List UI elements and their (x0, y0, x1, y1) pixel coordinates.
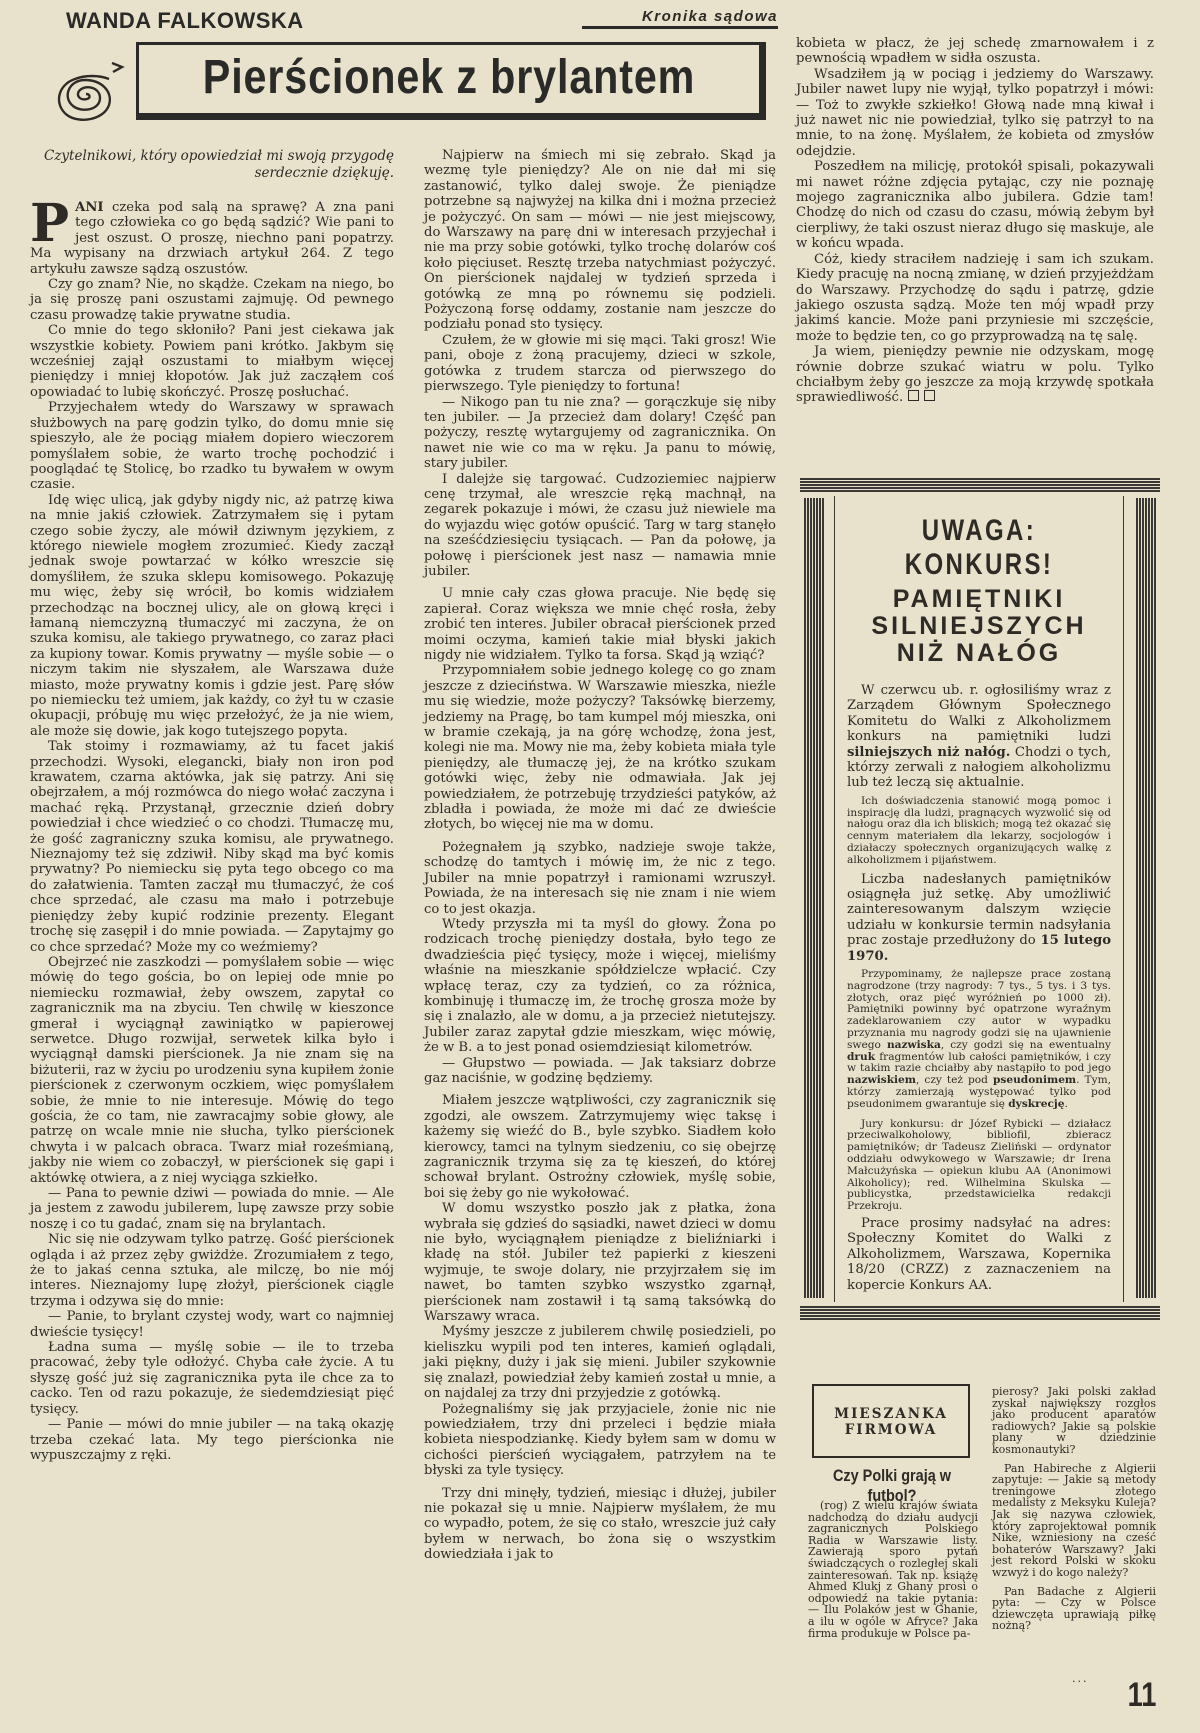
article-paragraph: Wtedy przyszła mi ta myśl do głowy. Żona… (424, 917, 776, 1056)
section-label: Kronika sądowa (582, 8, 778, 29)
article-paragraph: Najpierw na śmiech mi się zebrało. Skąd … (424, 148, 776, 333)
article-paragraph: — Panie, to brylant czystej wody, wart c… (30, 1309, 394, 1340)
article-paragraph: I dalejże się targować. Cudzoziemiec naj… (424, 472, 776, 580)
article-column-3: kobieta w płacz, że jej schedę zmarnował… (796, 36, 1154, 406)
news-paragraph: Pan Habireche z Algierii zapytuje: — Jak… (992, 1463, 1156, 1579)
article-paragraph: W domu wszystko poszło jak z płatka, żon… (424, 1201, 776, 1324)
dedication: Czytelnikowi, który opowiedział mi swoją… (30, 148, 394, 182)
decorative-border-right (1136, 498, 1156, 1298)
article-paragraph: — Głupstwo — powiada. — Jak taksiarz dob… (424, 1056, 776, 1087)
article-paragraph: Czułem, że w głowie mi się mąci. Taki gr… (424, 333, 776, 395)
spiral-arrow-icon (36, 60, 136, 130)
contest-announcement-box: UWAGA: KONKURS! PAMIĘTNIKI SILNIEJSZYCH … (800, 478, 1160, 1320)
article-paragraph: PANI czeka pod salą na sprawę? A zna pan… (30, 200, 394, 277)
article-paragraph: Ja wiem, pieniędzy pewnie nie odzyskam, … (796, 344, 1154, 406)
news-column-2: pierosy? Jaki polski zakład zyskał najwi… (992, 1386, 1156, 1632)
article-paragraph: Nic się nie odzywam tylko patrzę. Gość p… (30, 1232, 394, 1309)
news-column-1: (rog) Z wielu krajów świata nadchodzą do… (808, 1500, 978, 1639)
article-column-1: Czytelnikowi, który opowiedział mi swoją… (30, 148, 394, 1463)
page-number: 11 (1128, 1676, 1157, 1715)
contest-paragraph: W czerwcu ub. r. ogłosiliśmy wraz z Zarz… (847, 683, 1111, 791)
article-paragraph: Idę więc ulicą, jak gdyby nigdy nic, aż … (30, 493, 394, 740)
article-paragraph: — Panie — mówi do mnie jubiler — na taką… (30, 1417, 394, 1463)
news-paragraph: pierosy? Jaki polski zakład zyskał najwi… (992, 1386, 1156, 1456)
article-paragraph: Co mnie do tego skłoniło? Pani jest ciek… (30, 323, 394, 400)
article-paragraph: Obejrzeć nie zaszkodzi — pomyślałem sobi… (30, 955, 394, 1186)
column-label-box: MIESZANKA FIRMOWA (812, 1384, 970, 1458)
article-title: Pierścionek z brylantem (182, 45, 715, 111)
contest-headline: UWAGA: KONKURS! (873, 514, 1084, 582)
news-paragraph: (rog) Z wielu krajów świata nadchodzą do… (808, 1500, 978, 1639)
title-frame: Pierścionek z brylantem (136, 42, 766, 120)
article-paragraph: Cóż, kiedy straciłem nadzieję i sam ich … (796, 252, 1154, 344)
article-paragraph: — Nikogo pan tu nie zna? — gorączkuje si… (424, 395, 776, 472)
contest-paragraph: Liczba nadesłanych pamiętników osiągnęła… (847, 872, 1111, 964)
decorative-border-top (800, 478, 1160, 492)
contest-content: UWAGA: KONKURS! PAMIĘTNIKI SILNIEJSZYCH … (834, 496, 1124, 1302)
article-paragraph: Przypomniałem sobie jednego kolegę co go… (424, 663, 776, 832)
end-of-article-squares-icon (924, 390, 935, 401)
decorative-border-left (804, 498, 824, 1298)
end-of-article-squares-icon (908, 390, 919, 401)
news-paragraph: Pan Badache z Algierii pyta: — Czy w Pol… (992, 1586, 1156, 1632)
decorative-border-bottom (800, 1306, 1160, 1320)
article-paragraph: Tak stoimy i rozmawiamy, aż tu facet jak… (30, 739, 394, 955)
article-paragraph: Ładna suma — myślę sobie — ile to trzeba… (30, 1340, 394, 1417)
contest-rules-paragraph: Przypominamy, że najlepsze prace zostaną… (847, 969, 1111, 1111)
contest-subhead-line: PAMIĘTNIKI (847, 586, 1111, 613)
article-paragraph: — Pana to pewnie dziwi — powiada do mnie… (30, 1186, 394, 1232)
contest-subhead-line: SILNIEJSZYCH (847, 613, 1111, 640)
contest-address-paragraph: Prace prosimy nadsyłać na adres: Społecz… (847, 1216, 1111, 1293)
article-paragraph: U mnie cały czas głowa pracuje. Nie będę… (424, 586, 776, 663)
author-byline: WANDA FALKOWSKA (66, 8, 304, 34)
drop-cap: P (30, 204, 69, 244)
article-paragraph: Miałem jeszcze wątpliwości, czy zagranic… (424, 1093, 776, 1201)
article-paragraph: Pożegnałem ją szybko, nadzieje swoje tak… (424, 840, 776, 917)
ellipsis-mark: ... (1072, 1672, 1089, 1685)
article-paragraph: Myśmy jeszcze z jubilerem chwilę posiedz… (424, 1324, 776, 1401)
contest-paragraph: Ich doświadczenia stanowić mogą pomoc i … (847, 796, 1111, 867)
article-paragraph: Przyjechałem wtedy do Warszawy w sprawac… (30, 400, 394, 492)
article-paragraph: Poszedłem na milicję, protokół spisali, … (796, 159, 1154, 251)
contest-subhead-line: NIŻ NAŁÓG (847, 640, 1111, 667)
article-paragraph: kobieta w płacz, że jej schedę zmarnował… (796, 36, 1154, 67)
contest-jury-paragraph: Jury konkursu: dr Józef Rybicki — działa… (847, 1119, 1111, 1213)
article-paragraph: Pożegnaliśmy się jak przyjaciele, żonie … (424, 1402, 776, 1479)
article-paragraph: Trzy dni minęły, tydzień, miesiąc i dłuż… (424, 1486, 776, 1563)
article-column-2: Najpierw na śmiech mi się zebrało. Skąd … (424, 148, 776, 1563)
article-paragraph: Wsadziłem ją w pociąg i jedziemy do Wars… (796, 67, 1154, 159)
article-paragraph: Czy go znam? Nie, no skądże. Czekam na n… (30, 277, 394, 323)
